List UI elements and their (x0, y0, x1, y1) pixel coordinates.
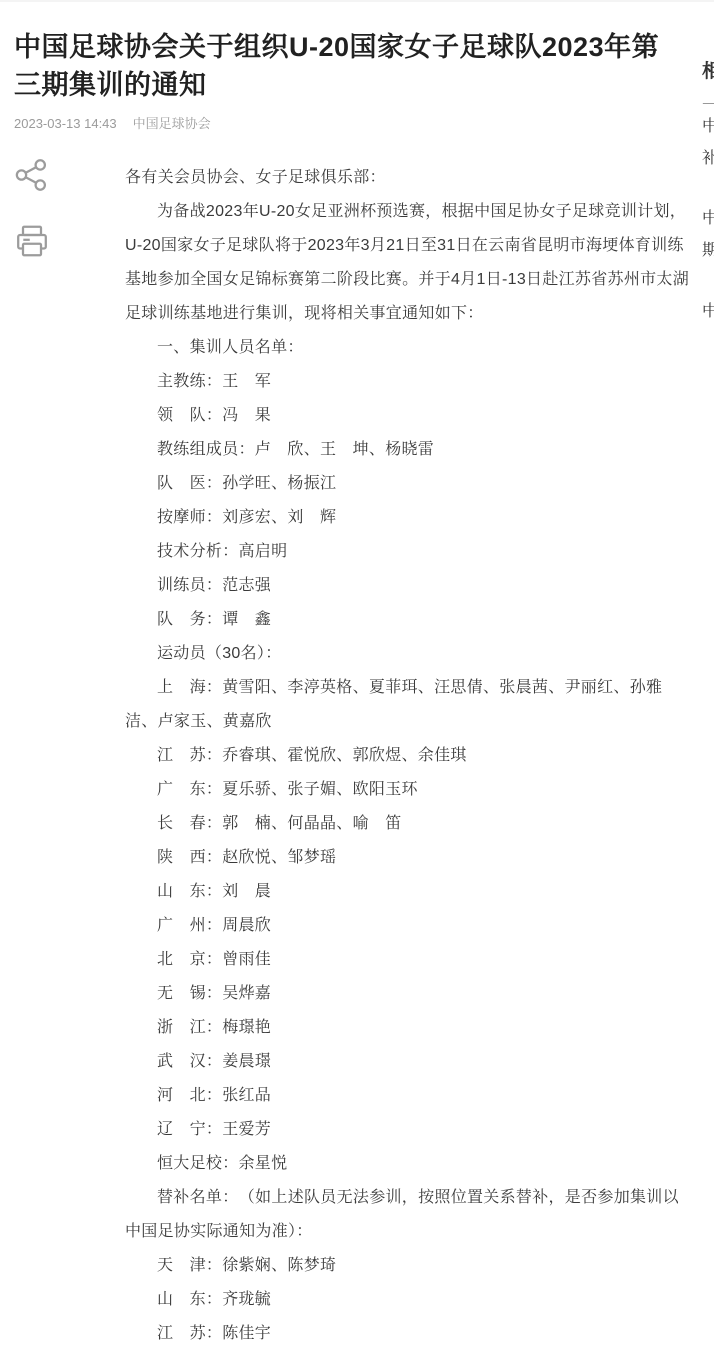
staff-line: 教练组成员：卢 欣、王 坤、杨晓雷 (125, 433, 690, 467)
print-icon (14, 247, 50, 262)
athlete-line: 辽 宁：王爱芳 (125, 1113, 690, 1147)
publish-date: 2023-03-13 14:43 (14, 116, 117, 131)
athlete-line: 武 汉：姜晨璟 (125, 1045, 690, 1079)
athlete-line: 浙 江：梅璟艳 (125, 1011, 690, 1045)
staff-line: 按摩师：刘彦宏、刘 辉 (125, 501, 690, 535)
section-title: 一、集训人员名单： (125, 331, 690, 365)
share-button[interactable] (13, 157, 51, 195)
page-title: 中国足球协会关于组织U-20国家女子足球队2023年第三期集训的通知 (14, 28, 680, 104)
share-icon (14, 181, 50, 196)
athlete-line: 广 州：周晨欣 (125, 909, 690, 943)
substitute-line: 江 苏：陈佳宇 (125, 1317, 690, 1346)
related-article-fragment[interactable]: 补 (702, 145, 714, 168)
athletes-heading: 运动员（30名）： (125, 637, 690, 671)
staff-line: 队 医：孙学旺、杨振江 (125, 467, 690, 501)
substitute-line: 天 津：徐紫娴、陈梦琦 (125, 1249, 690, 1283)
substitutes-list: 天 津：徐紫娴、陈梦琦山 东：齐珑毓江 苏：陈佳宇 (125, 1249, 690, 1346)
athlete-line: 长 春：郭 楠、何晶晶、喻 笛 (125, 807, 690, 841)
staff-line: 领 队：冯 果 (125, 399, 690, 433)
athlete-line: 上 海：黄雪阳、李渟英格、夏菲珥、汪思倩、张晨茜、尹丽红、孙雅洁、卢家玉、黄嘉欣 (125, 671, 690, 739)
staff-line: 队 务：谭 鑫 (125, 603, 690, 637)
staff-list: 主教练：王 军领 队：冯 果教练组成员：卢 欣、王 坤、杨晓雷队 医：孙学旺、杨… (125, 365, 690, 637)
article-meta: 2023-03-13 14:43中国足球协会 (14, 113, 700, 132)
article-header: 中国足球协会关于组织U-20国家女子足球队2023年第三期集训的通知 2023-… (0, 2, 714, 132)
staff-line: 训练员：范志强 (125, 569, 690, 603)
athlete-line: 山 东：刘 晨 (125, 875, 690, 909)
salutation: 各有关会员协会、女子足球俱乐部： (125, 161, 690, 195)
article-page: 中国足球协会关于组织U-20国家女子足球队2023年第三期集训的通知 2023-… (0, 0, 714, 1346)
athletes-list: 上 海：黄雪阳、李渟英格、夏菲珥、汪思倩、张晨茜、尹丽红、孙雅洁、卢家玉、黄嘉欣… (125, 671, 690, 1181)
related-article-fragment[interactable]: 中 (702, 113, 714, 136)
related-article-fragment[interactable]: 中 (702, 205, 714, 228)
athlete-line: 北 京：曾雨佳 (125, 943, 690, 977)
article-body: 各有关会员协会、女子足球俱乐部： 为备战2023年U-20女足亚洲杯预选赛，根据… (125, 161, 690, 1346)
athlete-line: 无 锡：吴烨嘉 (125, 977, 690, 1011)
athlete-line: 恒大足校：余星悦 (125, 1147, 690, 1181)
staff-line: 主教练：王 军 (125, 365, 690, 399)
athlete-line: 陕 西：赵欣悦、邹梦瑶 (125, 841, 690, 875)
related-article-fragment[interactable]: 期 (702, 237, 714, 260)
related-article-fragment[interactable]: 中 (702, 298, 714, 321)
athlete-line: 江 苏：乔睿琪、霍悦欣、郭欣煜、余佳琪 (125, 739, 690, 773)
source-label: 中国足球协会 (133, 116, 211, 131)
athlete-line: 河 北：张红品 (125, 1079, 690, 1113)
related-article-fragment[interactable]: 一 (702, 92, 714, 115)
staff-line: 技术分析：高启明 (125, 535, 690, 569)
print-button[interactable] (13, 223, 51, 261)
substitute-line: 山 东：齐珑毓 (125, 1283, 690, 1317)
related-article-fragment[interactable]: 相 (702, 56, 714, 83)
substitutes-note: 替补名单： （如上述队员无法参训，按照位置关系替补，是否参加集训以中国足协实际通… (125, 1181, 690, 1249)
intro-paragraph: 为备战2023年U-20女足亚洲杯预选赛，根据中国足协女子足球竞训计划，U-20… (125, 195, 690, 331)
athlete-line: 广 东：夏乐骄、张子媚、欧阳玉环 (125, 773, 690, 807)
side-toolbar (13, 157, 53, 289)
